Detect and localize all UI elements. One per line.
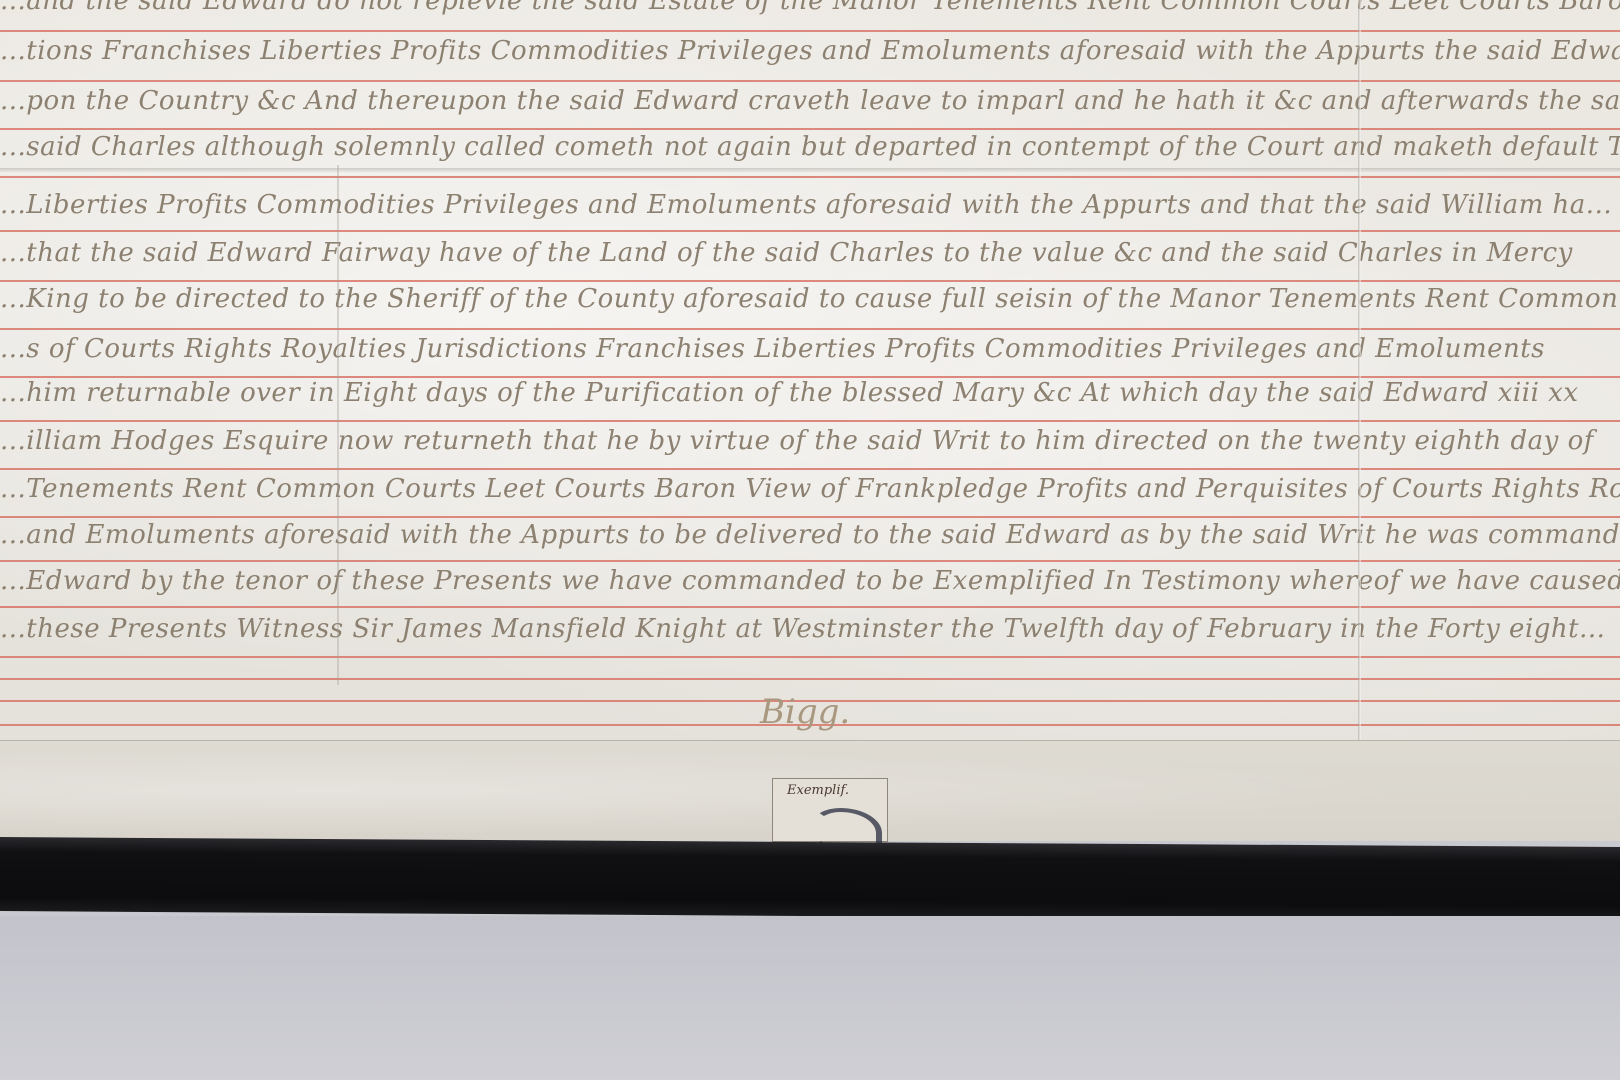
text-line: ...illiam Hodges Esquire now returneth t… — [0, 426, 1620, 470]
text-line: ...and the said Edward do not replevie t… — [0, 0, 1620, 30]
text-line: ...Tenements Rent Common Courts Leet Cou… — [0, 474, 1620, 518]
backdrop — [0, 916, 1620, 1080]
fold-crease — [0, 168, 1620, 174]
text-line: ...Edward by the tenor of these Presents… — [0, 566, 1620, 610]
text-line: ...him returnable over in Eight days of … — [0, 378, 1620, 422]
fold-crease — [337, 165, 339, 685]
text-line: ...pon the Country &c And thereupon the … — [0, 86, 1620, 130]
label-slip-text: Exemplif. — [787, 783, 849, 798]
parchment-document: ...and the said Edward do not replevie t… — [0, 0, 1620, 762]
text-line: ...tions Franchises Liberties Profits Co… — [0, 36, 1620, 80]
fold-crease — [1358, 0, 1361, 762]
clerk-signature: Bigg. — [760, 692, 850, 732]
text-line: ...and Emoluments aforesaid with the App… — [0, 520, 1620, 564]
text-line: ...Liberties Profits Commodities Privile… — [0, 190, 1620, 234]
frame-edge — [0, 837, 1620, 921]
text-line: ...that the said Edward Fairway have of … — [0, 238, 1620, 282]
text-line: ...these Presents Witness Sir James Mans… — [0, 614, 1620, 658]
text-line: ...King to be directed to the Sheriff of… — [0, 284, 1620, 328]
text-line: ...s of Courts Rights Royalties Jurisdic… — [0, 334, 1620, 378]
